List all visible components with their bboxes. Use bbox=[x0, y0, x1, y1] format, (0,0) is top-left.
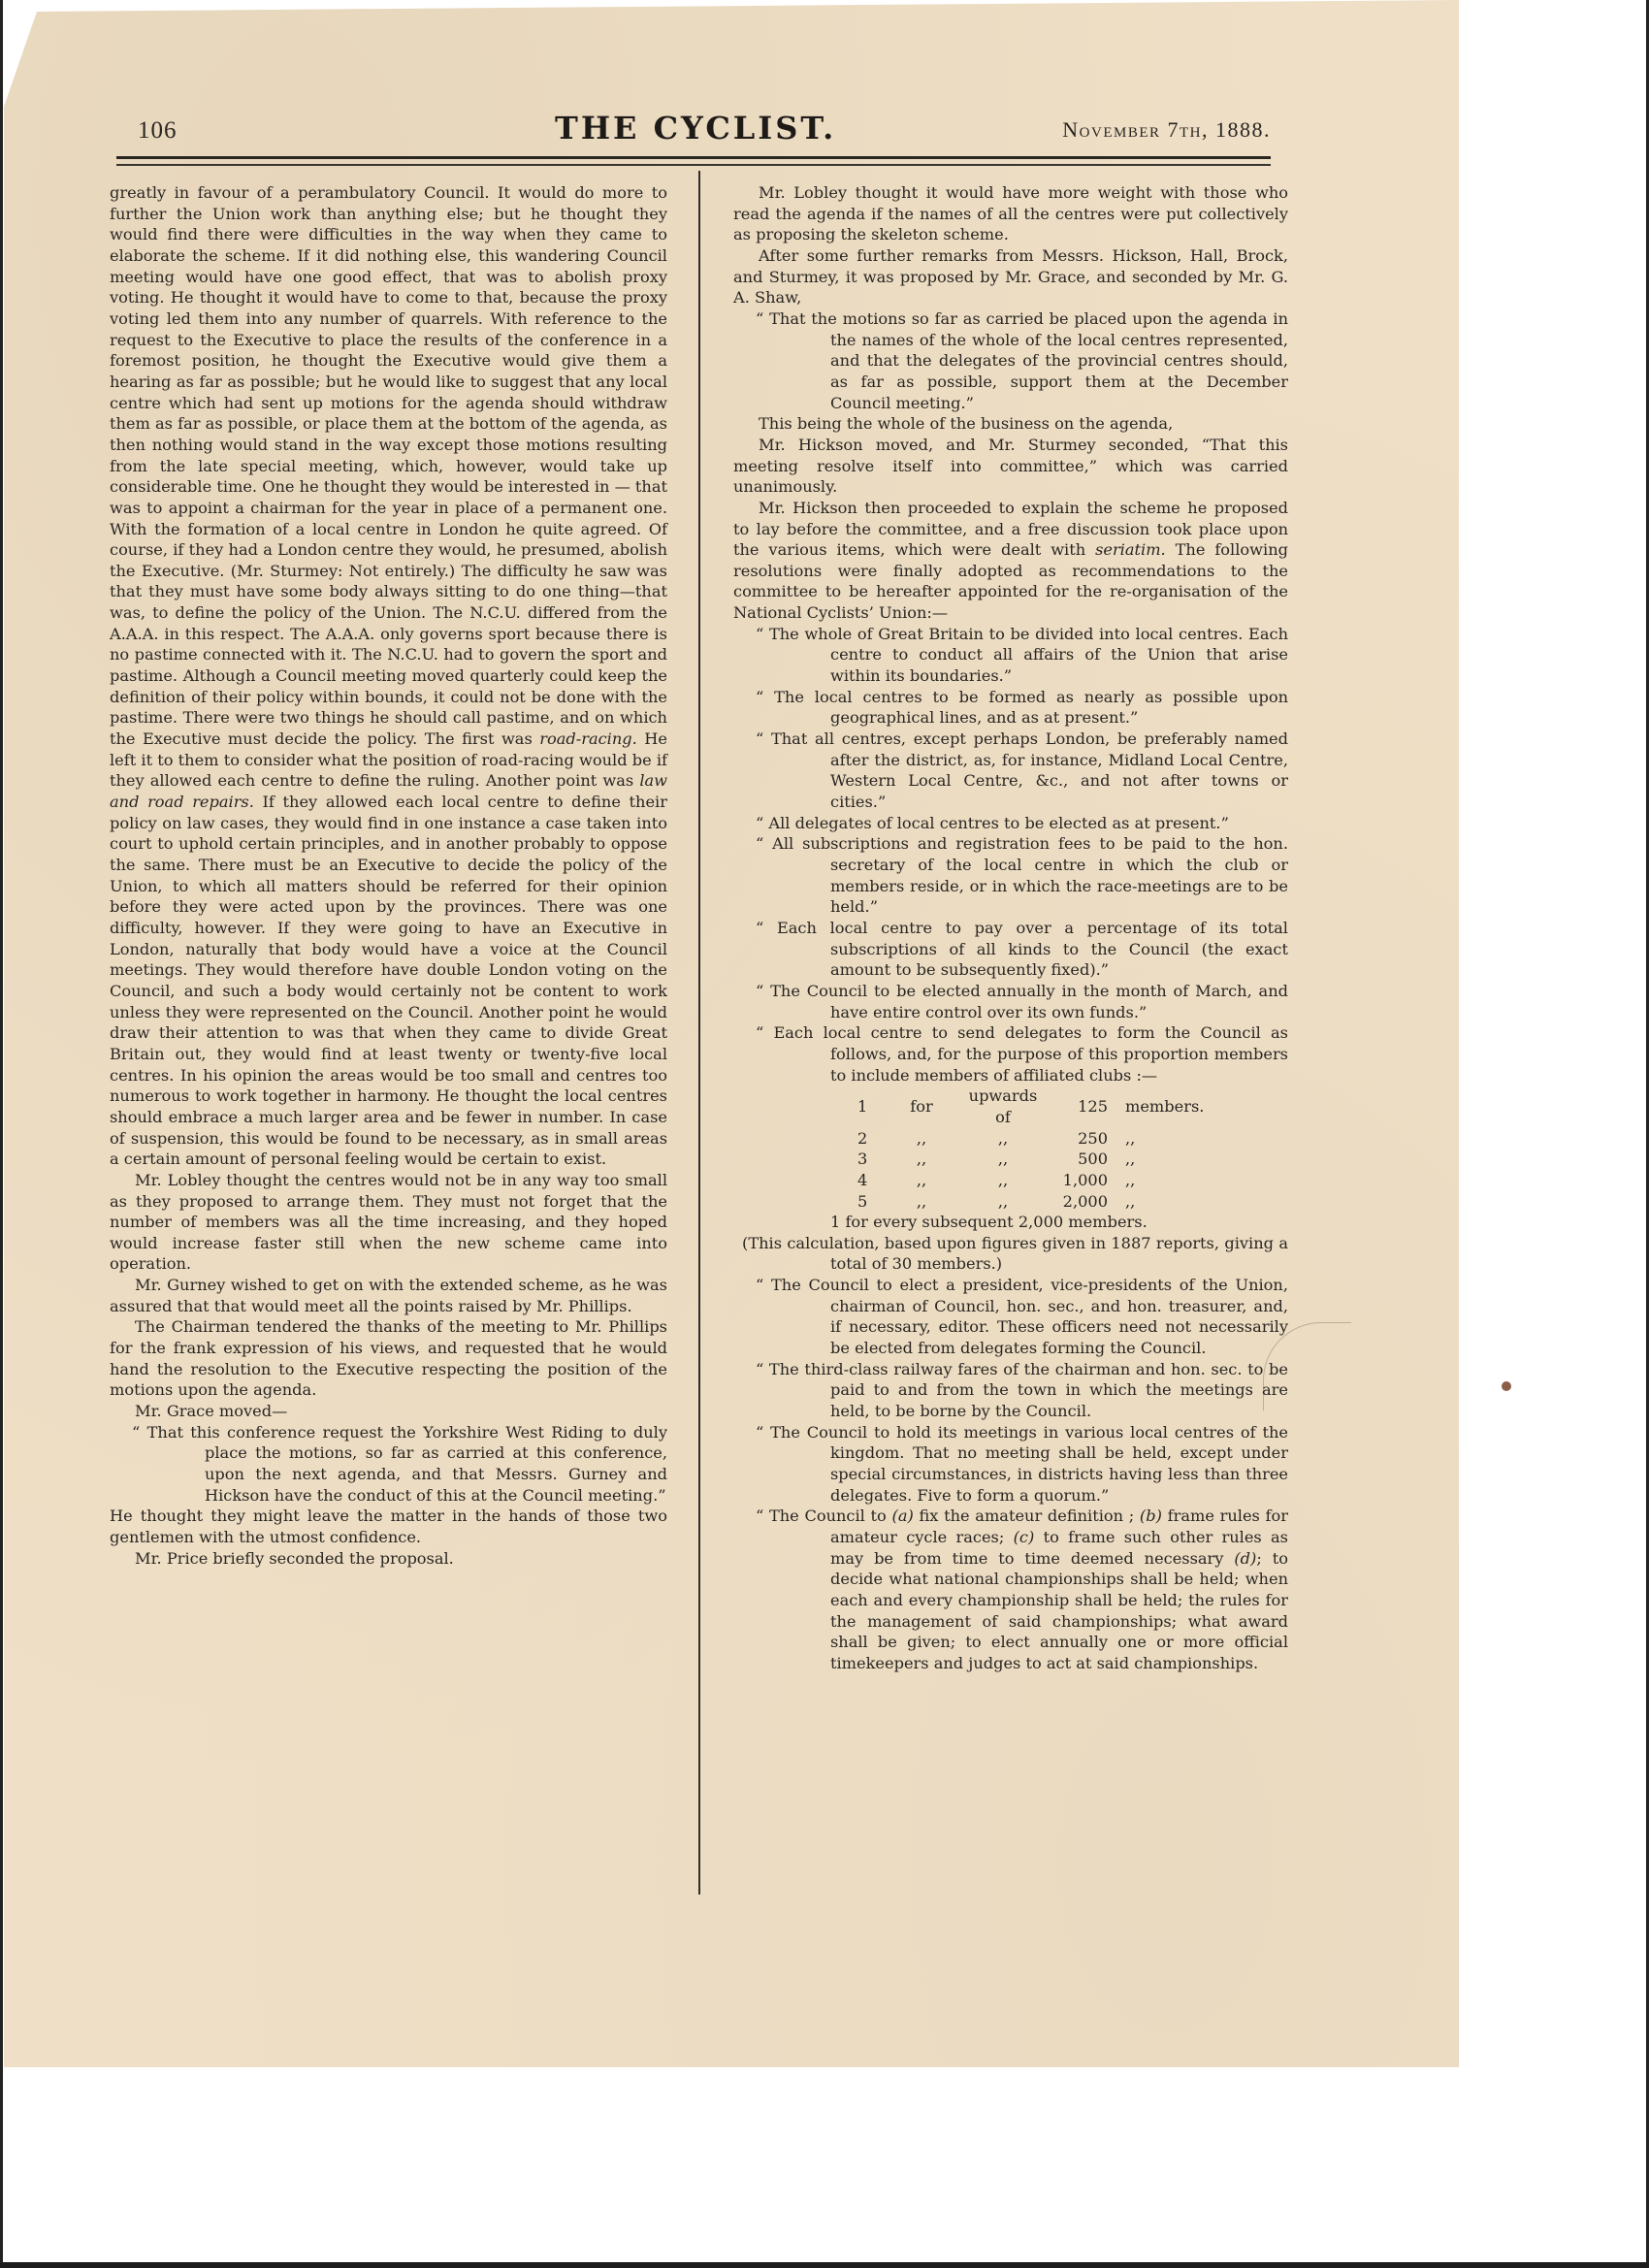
right-column: Mr. Lobley thought it would have more we… bbox=[733, 182, 1288, 1674]
stain-mark bbox=[1502, 1381, 1511, 1391]
quoted-motion: “ That this conference request the Yorks… bbox=[110, 1422, 667, 1507]
paragraph: greatly in favour of a perambulatory Cou… bbox=[110, 182, 667, 1170]
resolution: “ That all centres, except perhaps Londo… bbox=[733, 729, 1288, 813]
resolution: “ The third-class railway fares of the c… bbox=[733, 1359, 1288, 1422]
subsequent-rule: 1 for every subsequent 2,000 members. bbox=[733, 1212, 1288, 1233]
paragraph: Mr. Hickson moved, and Mr. Sturmey secon… bbox=[733, 435, 1288, 498]
masthead-title: THE CYCLIST. bbox=[555, 110, 836, 146]
resolution: “ Each local centre to send delegates to… bbox=[733, 1022, 1288, 1085]
paragraph: This being the whole of the business on … bbox=[733, 413, 1288, 435]
header-rule-thick bbox=[116, 156, 1271, 159]
table-row: 4 ,, ,, 1,000 ,, bbox=[857, 1170, 1204, 1191]
paragraph: Mr. Lobley thought the centres would not… bbox=[110, 1170, 667, 1275]
column-divider bbox=[698, 171, 700, 1895]
scan-edge-left bbox=[0, 0, 3, 2268]
quoted-motion: “ That the motions so far as carried be … bbox=[733, 308, 1288, 413]
table-row: 5 ,, ,, 2,000 ,, bbox=[857, 1191, 1204, 1213]
resolution: “ The Council to (a) fix the amateur def… bbox=[733, 1506, 1288, 1673]
table-row: 3 ,, ,, 500 ,, bbox=[857, 1149, 1204, 1170]
left-column: greatly in favour of a perambulatory Cou… bbox=[110, 182, 667, 1569]
paragraph: The Chairman tendered the thanks of the … bbox=[110, 1316, 667, 1401]
issue-date: November 7th, 1888. bbox=[1062, 117, 1271, 143]
resolution: “ The whole of Great Britain to be divid… bbox=[733, 624, 1288, 687]
italic-term: road-racing. bbox=[539, 729, 637, 748]
resolution: “ All subscriptions and registration fee… bbox=[733, 833, 1288, 918]
paragraph: Mr. Grace moved— bbox=[110, 1401, 667, 1422]
resolution: “ Each local centre to pay over a percen… bbox=[733, 918, 1288, 981]
resolution: “ The Council to be elected annually in … bbox=[733, 981, 1288, 1022]
paragraph: Mr. Hickson then proceeded to explain th… bbox=[733, 498, 1288, 624]
table-row: 2 ,, ,, 250 ,, bbox=[857, 1128, 1204, 1150]
paragraph: Mr. Price briefly seconded the proposal. bbox=[110, 1548, 667, 1570]
italic-term: seriatim. bbox=[1095, 540, 1166, 559]
resolution: “ All delegates of local centres to be e… bbox=[733, 813, 1288, 834]
resolution: “ The Council to hold its meetings in va… bbox=[733, 1422, 1288, 1507]
paragraph: After some further remarks from Messrs. … bbox=[733, 245, 1288, 308]
paragraph: Mr. Gurney wished to get on with the ext… bbox=[110, 1275, 667, 1316]
resolution: “ The local centres to be formed as near… bbox=[733, 687, 1288, 729]
header-rule-thin bbox=[116, 164, 1271, 166]
scan-edge-bottom bbox=[0, 2262, 1649, 2268]
resolution: “ The Council to elect a president, vice… bbox=[733, 1275, 1288, 1359]
table-row: 1 for upwards of 125 members. bbox=[857, 1085, 1204, 1127]
paragraph: Mr. Lobley thought it would have more we… bbox=[733, 182, 1288, 245]
page-number: 106 bbox=[138, 117, 178, 145]
page-header: 106 THE CYCLIST. November 7th, 1888. bbox=[138, 110, 1271, 148]
delegate-proportion-table: 1 for upwards of 125 members. 2 ,, ,, 25… bbox=[857, 1085, 1204, 1212]
paragraph: He thought they might leave the matter i… bbox=[110, 1506, 667, 1547]
calculation-note: (This calculation, based upon figures gi… bbox=[733, 1233, 1288, 1275]
